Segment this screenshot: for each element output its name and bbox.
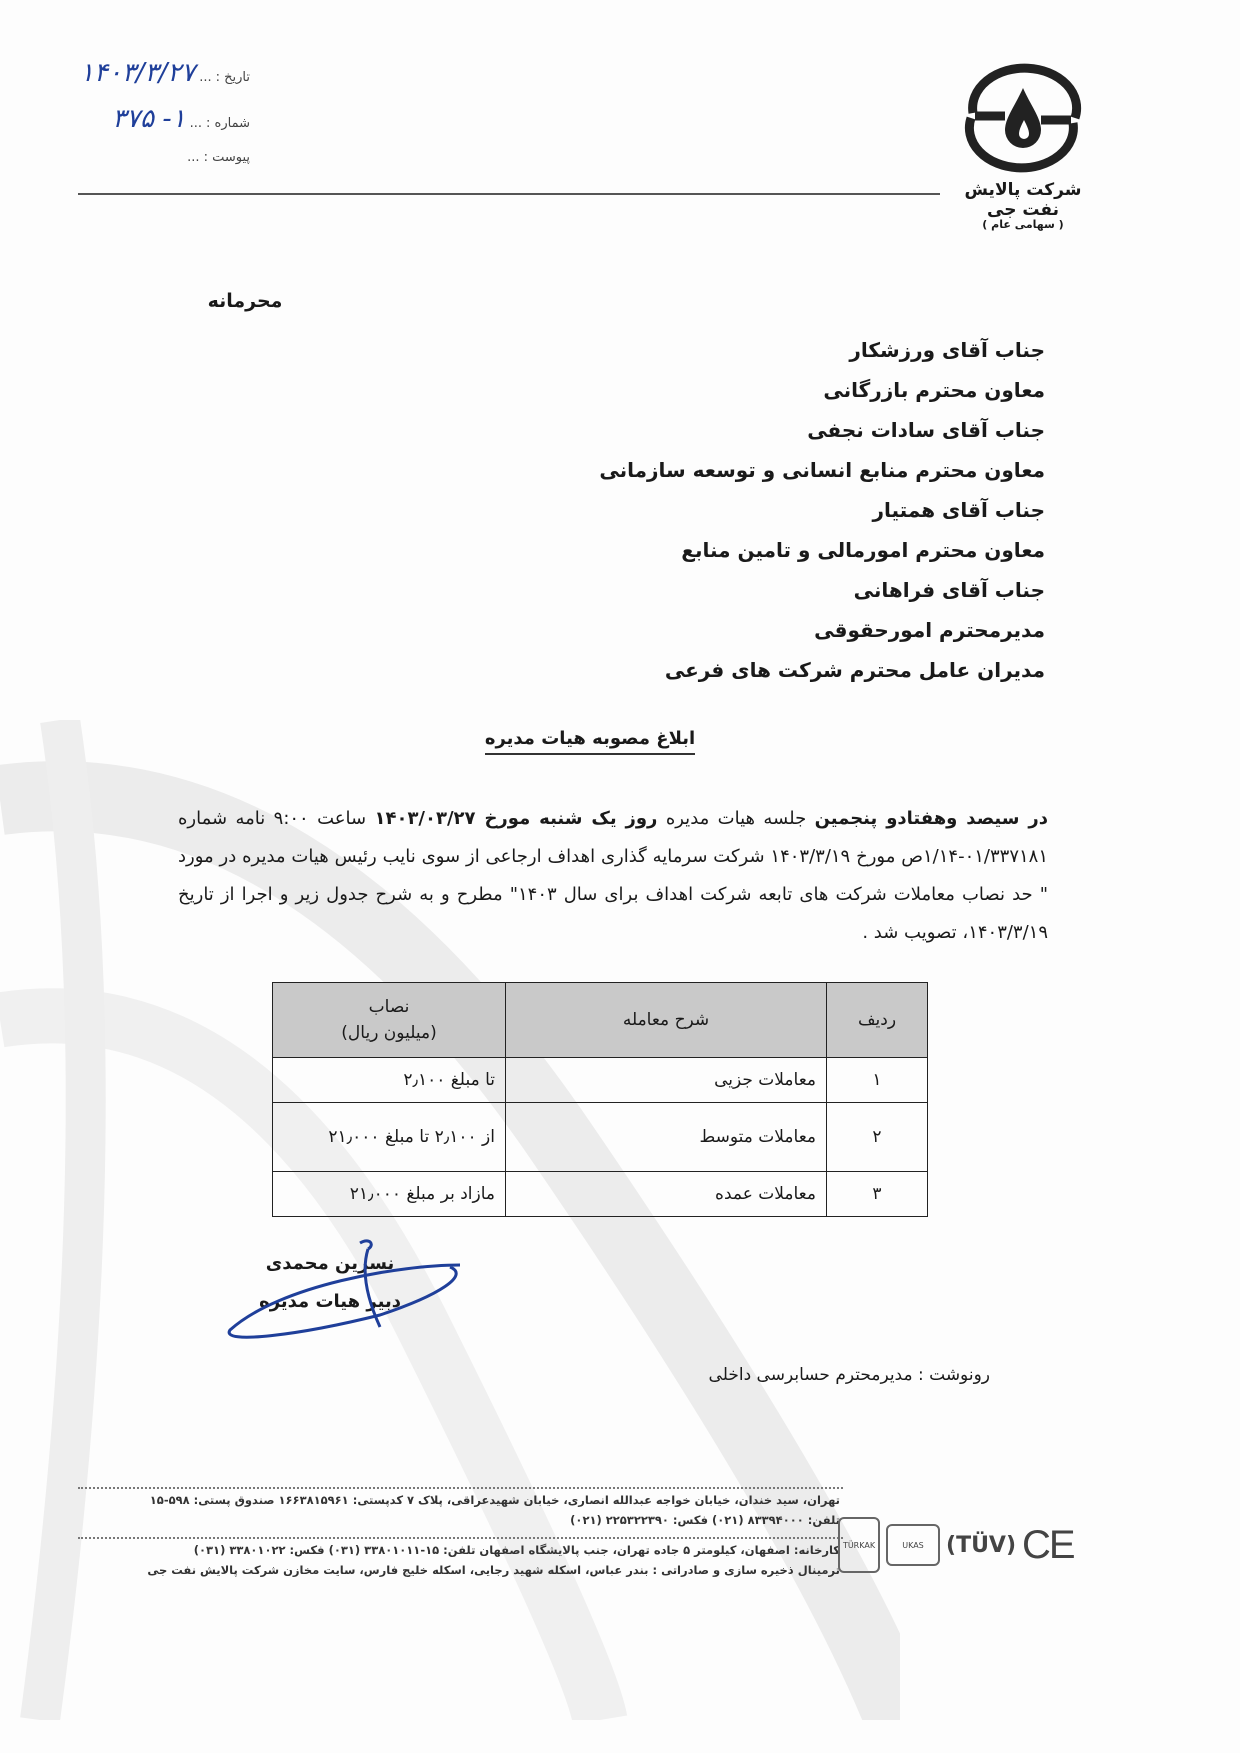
ce-mark-icon: CE <box>1022 1523 1074 1568</box>
date-value: ۱۴۰۳/۳/۲۷ <box>80 58 195 88</box>
header-row-number: ردیف <box>827 983 928 1058</box>
turkak-label: TÜRKAK <box>843 1541 875 1550</box>
letter-body: در سیصد وهفتادو پنجمین جلسه هیات مدیره ر… <box>178 800 1048 952</box>
table-row: ۲ معاملات متوسط از ۲٫۱۰۰ تا مبلغ ۲۱٫۰۰۰ <box>273 1103 928 1172</box>
handwritten-signature-icon <box>220 1235 480 1345</box>
header-threshold-title: نصاب <box>283 994 495 1020</box>
company-name: شرکت پالایش نفت جی <box>948 180 1098 220</box>
cell-description: معاملات جزیی <box>506 1058 827 1103</box>
recipient-line: جناب آقای همتیار <box>599 490 1045 530</box>
cell-row-number: ۲ <box>827 1103 928 1172</box>
meta-number: شماره : ... ۱- ۳۷۵ <box>50 104 250 150</box>
meta-date: تاریخ : ... ۱۴۰۳/۳/۲۷ <box>50 58 250 104</box>
recipient-line: معاون محترم بازرگانی <box>599 370 1045 410</box>
recipients-list: جناب آقای ورزشکار معاون محترم بازرگانی ج… <box>599 330 1045 690</box>
cell-description: معاملات عمده <box>506 1172 827 1217</box>
number-dots: ... <box>190 116 202 131</box>
header-divider <box>78 193 940 195</box>
recipient-line: معاون محترم منابع انسانی و توسعه سازمانی <box>599 450 1045 490</box>
header-description: شرح معامله <box>506 983 827 1058</box>
meta-attachment: پیوست : ... <box>50 150 250 196</box>
ukas-label: UKAS <box>902 1541 924 1550</box>
footer-address-tehran: تهران، سید خندان، خیابان خواجه عبدالله ا… <box>150 1493 840 1507</box>
body-text-1: جلسه هیات مدیره <box>657 808 814 829</box>
company-type: ( سهامی عام ) <box>948 218 1098 231</box>
attachment-dots: ... <box>187 150 199 165</box>
date-dots: ... <box>199 70 211 85</box>
footer-address-terminal: ترمینال ذخیره سازی و صادراتی : بندر عباس… <box>147 1563 840 1577</box>
table-header-row: ردیف شرح معامله نصاب (میلیون ریال) <box>273 983 928 1058</box>
header-threshold: نصاب (میلیون ریال) <box>273 983 506 1058</box>
cell-threshold: تا مبلغ ۲٫۱۰۰ <box>273 1058 506 1103</box>
recipient-line: مدیران عامل محترم شرکت های فرعی <box>599 650 1045 690</box>
classification-label: محرمانه <box>200 290 290 312</box>
signature-block: نسرین محمدی دبیر هیات مدیره <box>230 1245 430 1321</box>
company-logo: شرکت پالایش نفت جی ( سهامی عام ) <box>948 58 1098 231</box>
cell-threshold: مازاد بر مبلغ ۲۱٫۰۰۰ <box>273 1172 506 1217</box>
carbon-copy-line: رونوشت : مدیرمحترم حسابرسی داخلی <box>640 1365 990 1385</box>
header-threshold-unit: (میلیون ریال) <box>283 1020 495 1046</box>
table-row: ۱ معاملات جزیی تا مبلغ ۲٫۱۰۰ <box>273 1058 928 1103</box>
recipient-line: جناب آقای سادات نجفی <box>599 410 1045 450</box>
footer-divider-middle <box>78 1537 843 1539</box>
recipient-line: معاون محترم امورمالی و تامین منابع <box>599 530 1045 570</box>
cell-row-number: ۱ <box>827 1058 928 1103</box>
recipient-line: جناب آقای ورزشکار <box>599 330 1045 370</box>
attachment-label: پیوست : <box>204 150 250 165</box>
cell-description: معاملات متوسط <box>506 1103 827 1172</box>
letter-subject: ابلاغ مصوبه هیات مدیره <box>480 728 700 749</box>
ukas-cert-icon: UKAS <box>886 1524 940 1566</box>
recipient-line: مدیرمحترم امورحقوقی <box>599 610 1045 650</box>
tuv-label: TÜV <box>956 1533 1006 1558</box>
turkak-cert-icon: TÜRKAK <box>838 1517 880 1573</box>
footer-phone-tehran: تلفن: ۸۳۳۹۴۰۰۰ (۰۲۱) فکس: ۲۲۵۳۲۲۳۹۰ (۰۲۱… <box>570 1513 840 1527</box>
number-label: شماره : <box>206 116 250 131</box>
footer-divider-top <box>78 1487 843 1489</box>
body-bold-date: روز یک شنبه مورخ ۱۴۰۳/۰۳/۲۷ <box>374 808 657 829</box>
threshold-table: ردیف شرح معامله نصاب (میلیون ریال) ۱ معا… <box>272 982 928 1217</box>
tuv-cert-icon: (TÜV) <box>946 1533 1016 1558</box>
recipient-line: جناب آقای فراهانی <box>599 570 1045 610</box>
oil-drop-logo-icon <box>953 58 1093 178</box>
footer-address-factory: کارخانه: اصفهان، کیلومتر ۵ جاده تهران، ج… <box>194 1543 840 1557</box>
table-row: ۳ معاملات عمده مازاد بر مبلغ ۲۱٫۰۰۰ <box>273 1172 928 1217</box>
cell-row-number: ۳ <box>827 1172 928 1217</box>
letter-meta: تاریخ : ... ۱۴۰۳/۳/۲۷ شماره : ... ۱- ۳۷۵… <box>50 58 250 196</box>
date-label: تاریخ : <box>216 70 250 85</box>
cell-threshold: از ۲٫۱۰۰ تا مبلغ ۲۱٫۰۰۰ <box>273 1103 506 1172</box>
number-value: ۱- ۳۷۵ <box>112 104 186 134</box>
body-bold-intro: در سیصد وهفتادو پنجمین <box>815 808 1048 829</box>
subject-text: ابلاغ مصوبه هیات مدیره <box>485 728 695 755</box>
certification-logos: TÜRKAK UKAS (TÜV) CE <box>838 1510 1098 1580</box>
